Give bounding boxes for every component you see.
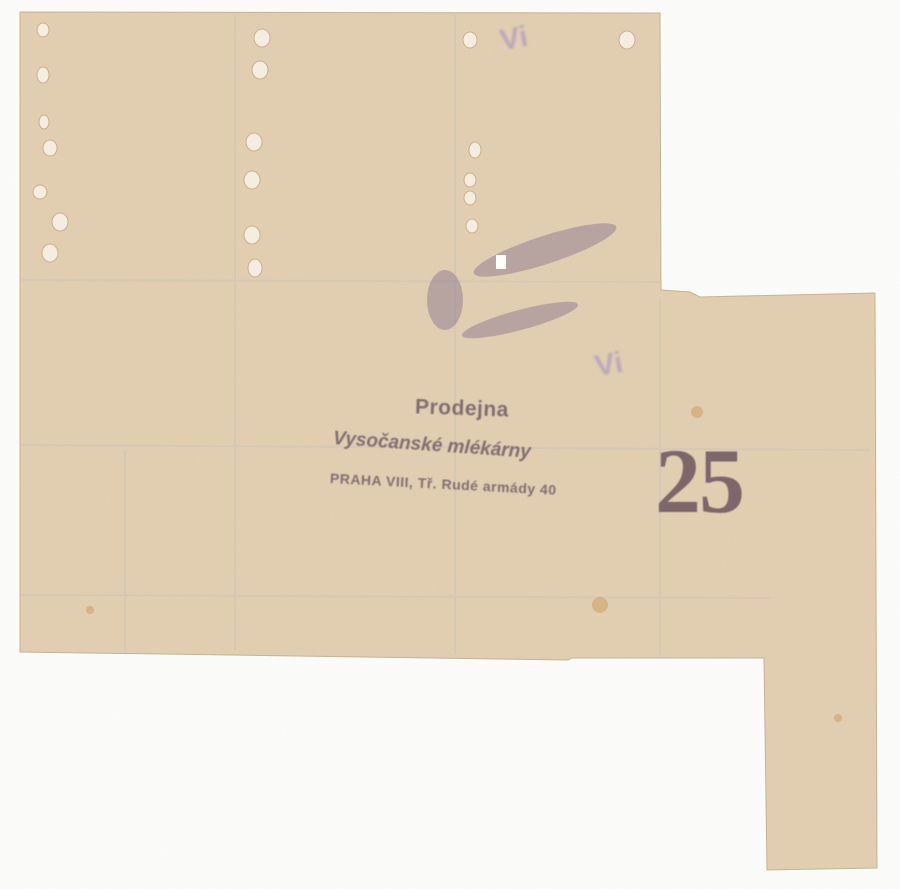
violet-pencil-mark-middle: Vi: [592, 346, 625, 384]
stamp-title: Prodejna: [415, 395, 510, 422]
stamp-number: 25: [655, 428, 743, 534]
paper-fragment: Vi Vi Prodejna Vysočanské mlékárny PRAHA…: [0, 0, 900, 889]
violet-pencil-mark-top: Vi: [497, 20, 530, 58]
